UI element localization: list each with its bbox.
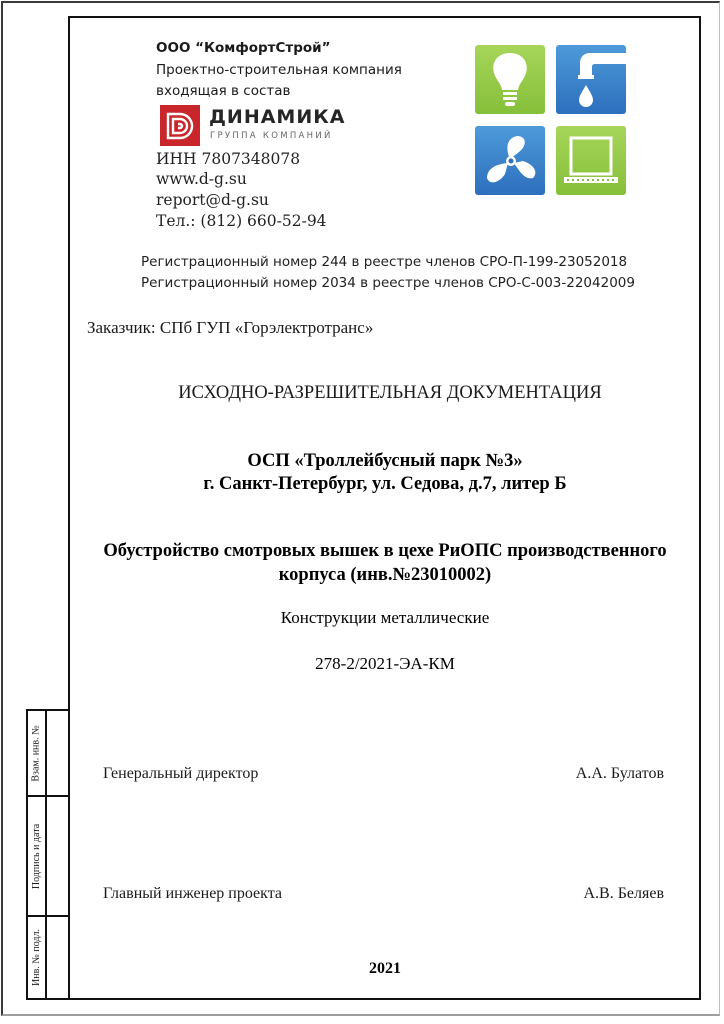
company-email: report@d-g.su xyxy=(156,191,269,209)
registration-number-2: Регистрационный номер 2034 в реестре чле… xyxy=(141,275,635,291)
company-membership: входящая в состав xyxy=(156,83,291,99)
stamp-label: Подпись и дата xyxy=(31,823,42,888)
signature-role-chief-engineer: Главный инженер проекта xyxy=(103,885,282,903)
window-frame-icon xyxy=(556,126,626,195)
document-year: 2021 xyxy=(70,960,700,978)
group-logo-name: ДИНАМИКА xyxy=(209,106,345,128)
stamp-signature-date: Подпись и дата xyxy=(26,795,70,917)
document-type: ИСХОДНО-РАЗРЕШИТЕЛЬНАЯ ДОКУМЕНТАЦИЯ xyxy=(0,383,724,404)
document-code: 278-2/2021-ЭА-КМ xyxy=(70,654,700,674)
customer: Заказчик: СПб ГУП «Горэлектротранс» xyxy=(87,318,373,338)
stamp-label: Инв. № подл. xyxy=(31,929,42,986)
signature-name-director: А.А. Булатов xyxy=(576,765,664,783)
fan-icon xyxy=(475,126,545,195)
water-tap-icon xyxy=(556,45,626,114)
company-inn: ИНН 7807348078 xyxy=(156,150,300,168)
document-type-text: ИСХОДНО-РАЗРЕШИТЕЛЬНАЯ ДОКУМЕНТАЦИЯ xyxy=(178,383,601,403)
section-name: Конструкции металлические xyxy=(70,608,700,628)
lightbulb-icon xyxy=(475,45,545,114)
stamp-original-inventory: Инв. № подл. xyxy=(26,915,70,1000)
company-name: ООО “КомфортСтрой” xyxy=(156,40,331,56)
registration-number-1: Регистрационный номер 244 в реестре член… xyxy=(141,254,627,270)
signature-role-director: Генеральный директор xyxy=(103,765,258,783)
company-description: Проектно-строительная компания xyxy=(156,62,402,78)
object-address: г. Санкт-Петербург, ул. Седова, д.7, лит… xyxy=(70,474,700,495)
object-name: ОСП «Троллейбусный парк №3» xyxy=(70,451,700,472)
project-title-line2: корпуса (инв.№23010002) xyxy=(70,565,700,586)
stamp-replacement-inventory: Взам. инв. № xyxy=(26,709,70,797)
project-title-line1: Обустройство смотровых вышек в цехе РиОП… xyxy=(70,541,700,562)
stamp-label: Взам. инв. № xyxy=(31,725,42,781)
group-logo-subtitle: ГРУППА КОМПАНИЙ xyxy=(210,131,333,141)
signature-name-chief-engineer: А.В. Беляев xyxy=(583,885,664,903)
company-website: www.d-g.su xyxy=(156,170,247,188)
company-phone: Тел.: (812) 660-52-94 xyxy=(156,212,327,230)
dinamika-logo-icon xyxy=(160,105,200,146)
